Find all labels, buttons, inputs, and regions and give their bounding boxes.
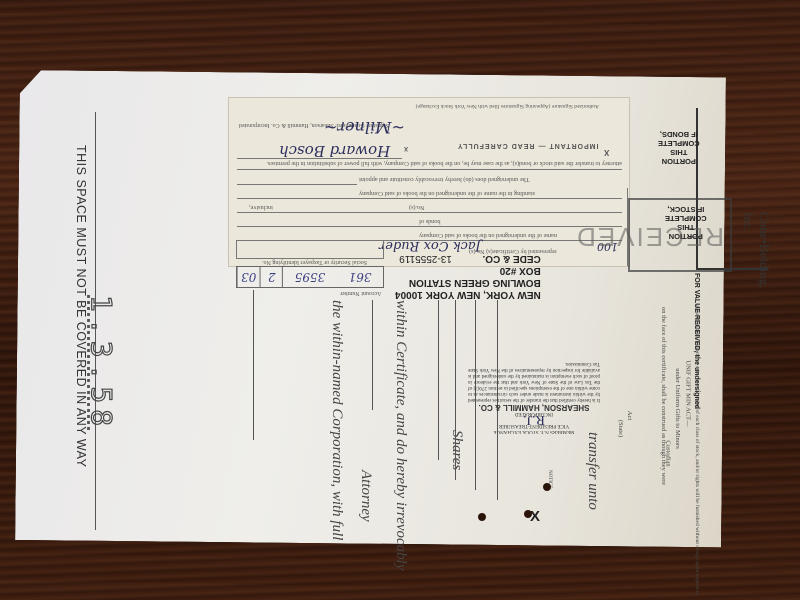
authorized-text: Authorized Signature (Appearing Signatur… (259, 103, 599, 109)
number-line: No.(s) (409, 204, 425, 211)
body-line-corporation: the within-named Corporation, with full (328, 300, 345, 540)
if-stock-line: PORTION (665, 232, 707, 241)
account-part: 03 (237, 267, 260, 287)
bonds-line: bonds of (419, 218, 440, 225)
stamp-firm: SHEARSON, HAMMILL & CO. (468, 404, 600, 410)
ssn-box (236, 240, 384, 259)
if-bonds-line: PORTION (658, 157, 700, 166)
unif-minors: under Uniform Gifts to Minors (674, 368, 681, 449)
attorney-line: attorney to transfer the said stock or b… (237, 160, 622, 167)
rule (455, 300, 456, 480)
if-stock-line: IF STOCK, (665, 205, 707, 214)
rule (237, 226, 622, 227)
punch-hole (524, 510, 532, 518)
if-stock-line: THIS (665, 223, 707, 232)
account-part: 3595 (282, 267, 337, 287)
body-line-attorney: Attorney (357, 470, 374, 522)
rule (372, 300, 373, 410)
body-line-transfer: transfer unto (584, 432, 601, 510)
ssn-label: Social Security or Taxpayer Identifying … (262, 259, 367, 265)
nominee-tax-id: 13-2555119 (399, 253, 452, 264)
appoint-line: The undersigned does (do) hereby irrevoc… (359, 176, 529, 183)
unif-custodian: Custodian (665, 440, 672, 466)
body-line-shares: Shares (448, 430, 465, 470)
unif-act: Act (626, 411, 633, 420)
shearson-stamp: MEMBERS N.Y. STOCK EXCHANGE VICE PRESIDE… (468, 360, 600, 434)
dated-x: X (604, 148, 609, 157)
signature-x: X (404, 145, 408, 152)
if-stock-line: COMPLETE (665, 214, 707, 223)
notice-x: X (530, 508, 540, 525)
account-part: 2 (260, 267, 283, 287)
punch-hole (478, 513, 486, 521)
if-bonds-line: COMPLETE (658, 139, 700, 148)
guarantor-signature: ~Milner~ (324, 118, 405, 137)
unif-state: (State) (617, 420, 624, 437)
if-stock-block: PORTION THIS COMPLETE IF STOCK, (665, 205, 707, 241)
stamp-signature: R.J. (468, 416, 600, 422)
nominee-name: CEDE & CO. (482, 253, 540, 264)
company-name: Cone•Belding, Inc. (740, 212, 772, 300)
nominee-box: BOX #20 (395, 264, 541, 276)
if-bonds-line: THIS (658, 148, 700, 157)
nominee-station: BOWLING GREEN STATION (395, 276, 541, 288)
rule (237, 184, 357, 185)
stamp-tax-text: It is hereby certified that the transfer… (468, 360, 600, 402)
punch-hole (543, 483, 551, 491)
important-label: IMPORTANT — READ CAREFULLY (457, 142, 599, 149)
nominee-stamp: NEW YORK, NEW YORK 10004 BOWLING GREEN S… (395, 252, 541, 300)
unif-gift-text: UNIF GIFT MIN ACT— (685, 360, 692, 426)
rule (237, 198, 622, 199)
account-label: Account Number (340, 290, 382, 296)
rule (237, 169, 622, 170)
if-bonds-line: IF BONDS, (658, 130, 700, 139)
nominee-city: NEW YORK, NEW YORK 10004 (395, 288, 541, 300)
if-bonds-block: PORTION THIS COMPLETE IF BONDS, (658, 130, 700, 166)
special-rights-text: a, participating, optional or other spec… (694, 305, 700, 595)
rule (253, 290, 254, 440)
perforation-number: 1.3.58 (85, 295, 118, 432)
stamp-members: MEMBERS N.Y. STOCK EXCHANGE (468, 428, 600, 434)
inclusive-line: inclusive, (249, 204, 273, 211)
rule (237, 212, 622, 213)
standing-line: standing in the name of the undersigned … (359, 190, 535, 197)
account-part: 361 (337, 267, 383, 287)
account-number-box: 03 2 3595 361 (236, 266, 384, 288)
body-line-certificate: within Certificate, and do hereby irrevo… (392, 300, 409, 571)
owner-signature: Howard Bosch (279, 142, 390, 160)
handwritten-name: Jack Cox Ruder (379, 238, 481, 253)
rule (438, 300, 439, 460)
